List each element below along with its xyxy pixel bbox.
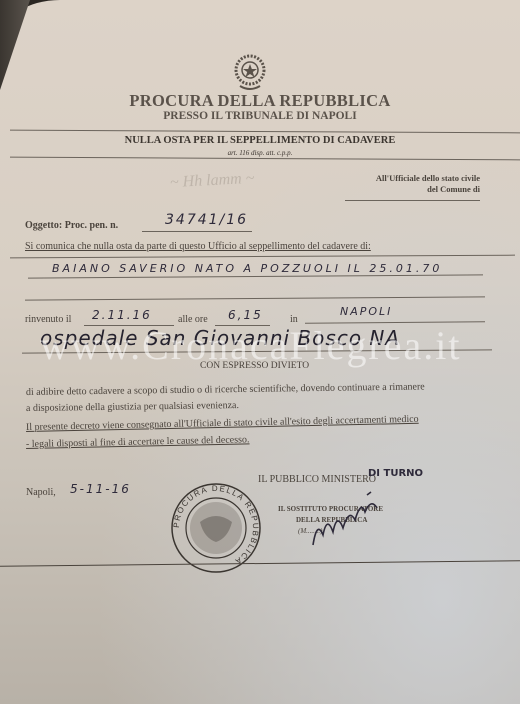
heading-reference: art. 116 disp. att. c.p.p. bbox=[0, 149, 520, 157]
found-date: 2.11.16 bbox=[92, 308, 152, 322]
addressee-blank-line bbox=[345, 200, 480, 201]
addressee-line-1: All'Ufficiale dello stato civile bbox=[376, 173, 480, 184]
subject-label: Oggetto: Proc. pen. n. bbox=[25, 220, 118, 231]
addressee-line-2: del Comune di bbox=[376, 184, 480, 195]
signatory-title: IL PUBBLICO MINISTERO bbox=[258, 474, 376, 485]
communication-text: Si comunica che nulla osta da parte di q… bbox=[25, 241, 371, 252]
office-subtitle: PRESSO IL TRIBUNALE DI NAPOLI bbox=[0, 110, 520, 122]
place-date-label: Napoli, bbox=[26, 487, 56, 498]
office-title: PROCURA DELLA REPUBBLICA bbox=[0, 91, 520, 111]
deceased-name: BAIANO SAVERIO NATO A POZZUOLI IL 25.01.… bbox=[52, 262, 442, 275]
place-date-value: 5-11-16 bbox=[70, 482, 131, 496]
addressee: All'Ufficiale dello stato civile del Com… bbox=[376, 173, 480, 195]
subject-value: 34741/16 bbox=[165, 212, 248, 228]
prosecutor-signature bbox=[305, 490, 395, 550]
found-time: 6,15 bbox=[228, 308, 263, 322]
found-place: NAPOLI bbox=[340, 305, 392, 318]
prohibition-heading: CON ESPRESSO DIVIETO bbox=[200, 361, 309, 371]
subject-blank-line bbox=[142, 231, 252, 232]
italian-republic-emblem-icon bbox=[232, 52, 268, 92]
official-seal-icon: PROCURA DELLA REPUBBLICA bbox=[170, 482, 262, 574]
document-heading: NULLA OSTA PER IL SEPPELLIMENTO DI CADAV… bbox=[0, 135, 520, 146]
signatory-handwritten: DI TURNO bbox=[368, 468, 423, 479]
